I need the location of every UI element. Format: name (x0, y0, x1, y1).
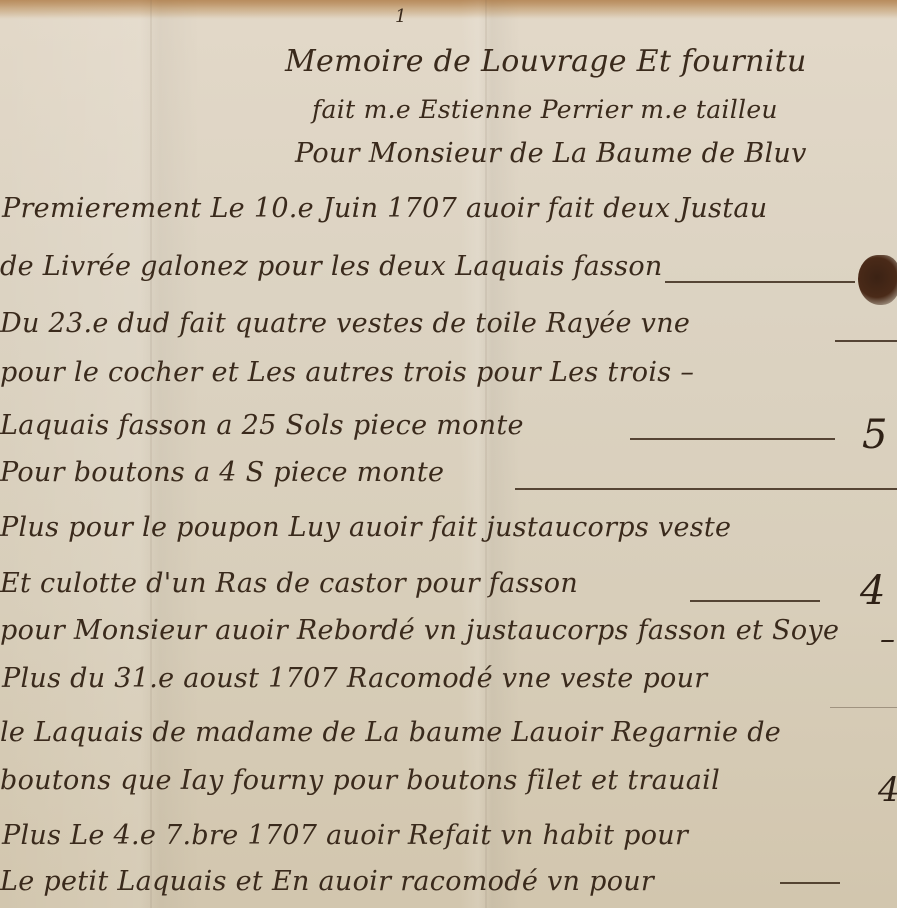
line-sum: – (880, 622, 895, 657)
heading-line-2: fait m.e Estienne Perrier m.e tailleu (312, 95, 778, 124)
line-sum: 4 (878, 770, 897, 810)
entry-line: Du 23.e dud fait quatre vestes de toile … (0, 308, 690, 339)
entry-line: Plus du 31.e aoust 1707 Racomodé vne ves… (2, 663, 707, 694)
total-rule (630, 438, 835, 440)
manuscript-page: 1 Memoire de Louvrage Et fournitu fait m… (0, 0, 897, 908)
total-rule (835, 340, 897, 342)
heading-superscript: 1 (395, 6, 407, 27)
line-sum: 4 (860, 568, 885, 614)
total-rule (780, 882, 840, 884)
paper-edge-stain (0, 0, 897, 18)
total-rule (665, 281, 855, 283)
entry-line: pour le cocher et Les autres trois pour … (0, 357, 694, 388)
entry-line: Laquais fasson a 25 Sols piece monte (0, 410, 524, 441)
entry-line: Plus pour le poupon Luy auoir fait justa… (0, 512, 731, 543)
total-rule (515, 488, 897, 490)
entry-line: boutons que Iay fourny pour boutons file… (0, 765, 720, 796)
entry-line: Et culotte d'un Ras de castor pour fasso… (0, 568, 578, 599)
entry-line: Plus Le 4.e 7.bre 1707 auoir Refait vn h… (2, 820, 688, 851)
ruled-line (830, 707, 897, 708)
entry-line: Premierement Le 10.e Juin 1707 auoir fai… (2, 193, 767, 224)
entry-line: Le petit Laquais et En auoir racomodé vn… (0, 866, 654, 897)
entry-line: de Livrée galonez pour les deux Laquais … (0, 251, 663, 282)
entry-line: le Laquais de madame de La baume Lauoir … (0, 717, 781, 748)
entry-line: Pour boutons a 4 S piece monte (0, 457, 444, 488)
total-rule (690, 600, 820, 602)
ink-blot (858, 255, 897, 305)
heading-line-3: Pour Monsieur de La Baume de Bluv (295, 138, 807, 169)
entry-line: pour Monsieur auoir Rebordé vn justaucor… (0, 615, 839, 646)
heading-line-1: Memoire de Louvrage Et fournitu (285, 44, 807, 79)
line-sum: 5 (862, 412, 887, 458)
